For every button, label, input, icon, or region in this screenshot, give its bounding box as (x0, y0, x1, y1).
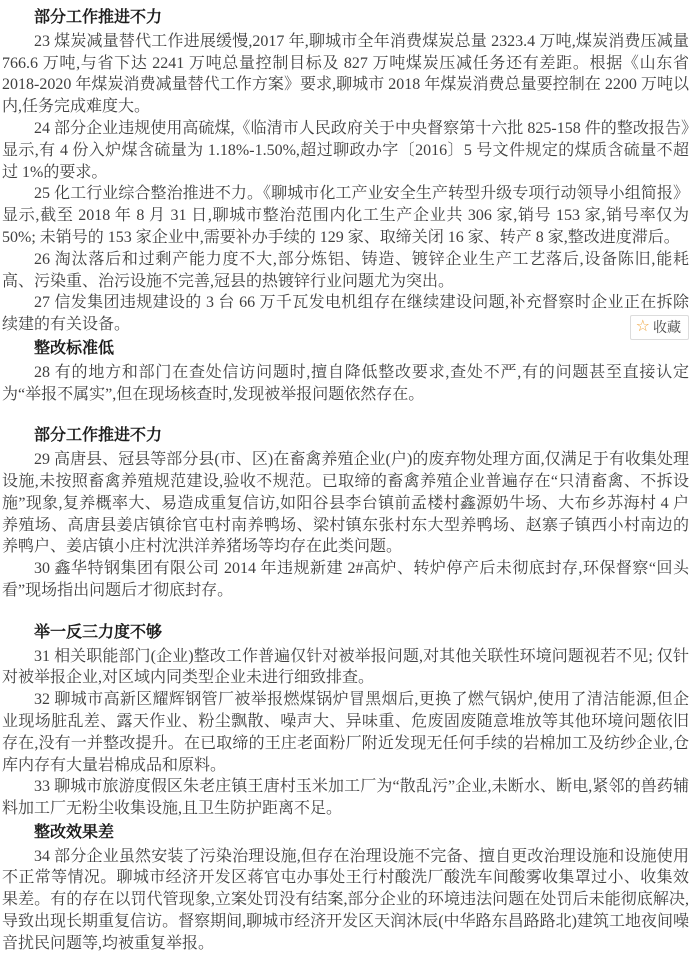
section-heading: 举一反三力度不够 (2, 622, 689, 644)
section-heading: 整改标准低 (2, 338, 689, 360)
paragraph-31: 31 相关职能部门(企业)整改工作普遍仅针对被举报问题,对其他关联性环境问题视若… (2, 646, 689, 690)
section-heading: 部分工作推进不力 (2, 7, 689, 29)
paragraph-29: 29 高唐县、冠县等部分县(市、区)在畜禽养殖企业(户)的废弃物处理方面,仅满足… (2, 449, 689, 558)
paragraph-26: 26 淘汰落后和过剩产能力度不大,部分炼铝、铸造、镀锌企业生产工艺落后,设备陈旧… (2, 249, 689, 293)
section-low-standard: 整改标准低 28 有的地方和部门在查处信访问题时,擅自降低整改要求,查处不严,有… (2, 338, 689, 405)
paragraph-32: 32 聊城市高新区耀辉钢管厂被举报燃煤锅炉冒黑烟后,更换了燃气锅炉,使用了清洁能… (2, 689, 689, 776)
paragraph-27: 27 信发集团违规建设的 3 台 66 万千瓦发电机组存在继续建设问题,补充督察… (2, 292, 689, 336)
favorite-button[interactable]: ☆ 收藏 (630, 315, 689, 340)
section-work-progress-1: 部分工作推进不力 23 煤炭减量替代工作进展缓慢,2017 年,聊城市全年消费煤… (2, 7, 689, 336)
section-insufficient-extrapolation: 举一反三力度不够 31 相关职能部门(企业)整改工作普遍仅针对被举报问题,对其他… (2, 622, 689, 820)
paragraph-30: 30 鑫华特钢集团有限公司 2014 年违规新建 2#高炉、转炉停产后未彻底封存… (2, 558, 689, 602)
paragraph-34: 34 部分企业虽然安装了污染治理设施,但存在治理设施不完备、擅自更改治理设施和设… (2, 846, 689, 955)
section-heading: 部分工作推进不力 (2, 425, 689, 447)
favorite-button-label: 收藏 (653, 318, 681, 336)
section-poor-results: 整改效果差 34 部分企业虽然安装了污染治理设施,但存在治理设施不完备、擅自更改… (2, 822, 689, 955)
paragraph-28: 28 有的地方和部门在查处信访问题时,擅自降低整改要求,查处不严,有的问题甚至直… (2, 362, 689, 406)
report-document: 部分工作推进不力 23 煤炭减量替代工作进展缓慢,2017 年,聊城市全年消费煤… (0, 0, 691, 963)
section-heading: 整改效果差 (2, 822, 689, 844)
paragraph-25: 25 化工行业综合整治推进不力。《聊城市化工产业安全生产转型升级专项行动领导小组… (2, 183, 689, 248)
section-work-progress-2: 部分工作推进不力 29 高唐县、冠县等部分县(市、区)在畜禽养殖企业(户)的废弃… (2, 425, 689, 601)
paragraph-23: 23 煤炭减量替代工作进展缓慢,2017 年,聊城市全年消费煤炭总量 2323.… (2, 31, 689, 118)
star-icon: ☆ (636, 319, 650, 335)
paragraph-24: 24 部分企业违规使用高硫煤,《临清市人民政府关于中央督察第十六批 825-15… (2, 118, 689, 183)
paragraph-27-text: 27 信发集团违规建设的 3 台 66 万千瓦发电机组存在继续建设问题,补充督察… (2, 294, 689, 333)
paragraph-33: 33 聊城市旅游度假区朱老庄镇王唐村玉米加工厂为“散乱污”企业,未断水、断电,紧… (2, 776, 689, 820)
